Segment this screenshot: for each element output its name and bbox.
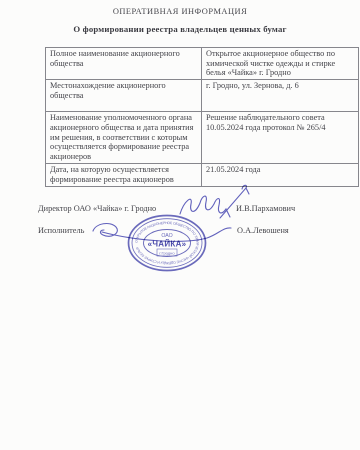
- table-row: Местонахождение акционерного общества г.…: [46, 80, 359, 112]
- row-value: Решение наблюдательного совета 10.05.202…: [202, 112, 359, 164]
- executor-signature-label: Исполнитель: [38, 226, 84, 235]
- executor-signature-stroke: [93, 224, 231, 242]
- row-label: Полное наименование акционерного обществ…: [46, 48, 202, 80]
- director-signature-flourish: [220, 185, 249, 218]
- document-subtitle: О формировании реестра владельцев ценных…: [0, 24, 360, 34]
- table-row: Полное наименование акционерного обществ…: [46, 48, 359, 80]
- info-table: Полное наименование акционерного обществ…: [45, 47, 359, 187]
- row-value: Открытое акционерное общество по химичес…: [202, 48, 359, 80]
- handwritten-signatures: [80, 180, 265, 250]
- row-label: Наименование уполномоченного органа акци…: [46, 112, 202, 164]
- document-title: ОПЕРАТИВНАЯ ИНФОРМАЦИЯ: [0, 7, 360, 16]
- row-label: Местонахождение акционерного общества: [46, 80, 202, 112]
- row-value: г. Гродно, ул. Зернова, д. 6: [202, 80, 359, 112]
- document-page: ОПЕРАТИВНАЯ ИНФОРМАЦИЯ О формировании ре…: [0, 0, 360, 450]
- stamp-org-city: г.Гродно: [159, 250, 175, 255]
- table-row: Наименование уполномоченного органа акци…: [46, 112, 359, 164]
- director-signature-stroke: [180, 196, 230, 217]
